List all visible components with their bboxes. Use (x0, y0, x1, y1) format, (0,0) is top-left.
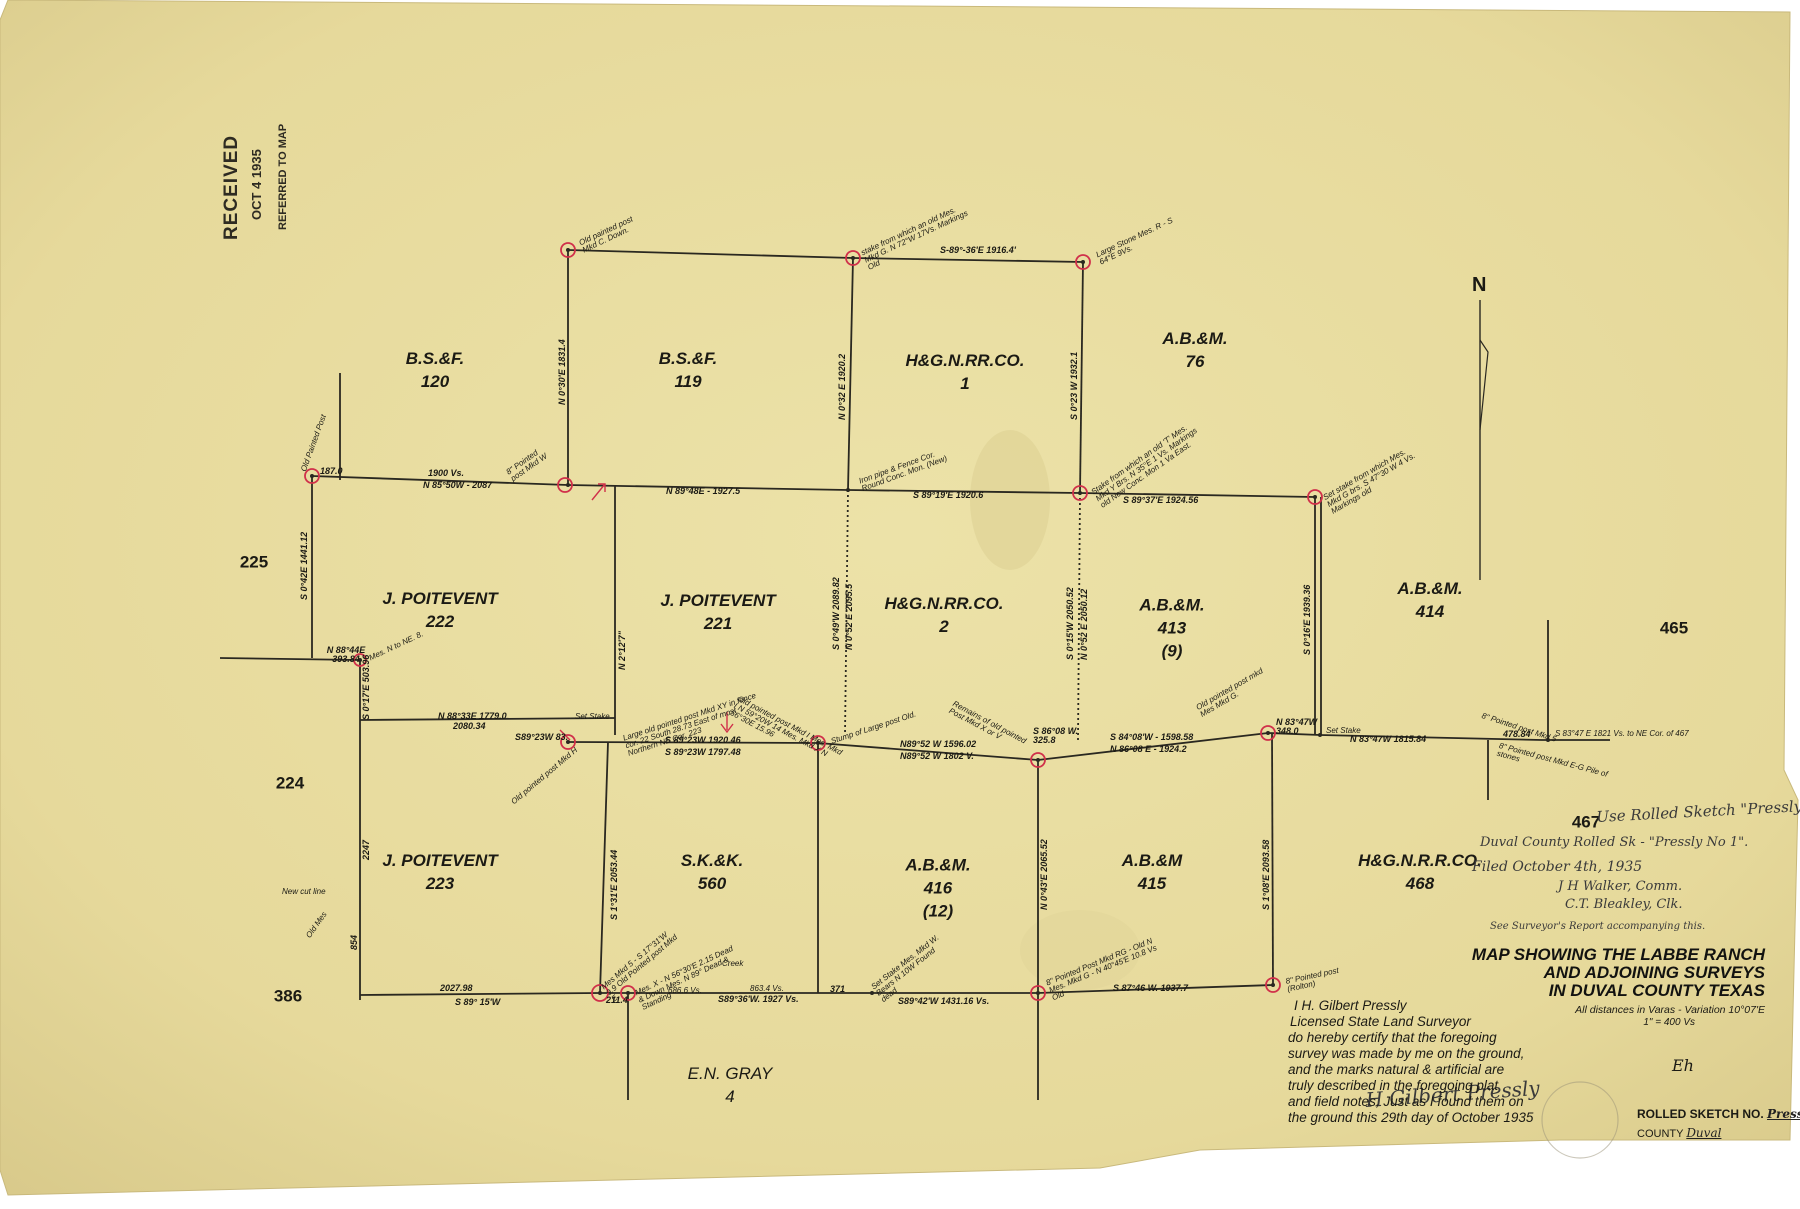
call-n89-52a: N89°52 W 1596.02 (900, 740, 976, 749)
call-s0-16: S 0°16'E 1939.36 (1303, 585, 1312, 655)
tract-gray-4: E.N. GRAY4 (688, 1065, 773, 1105)
north-label: N (1472, 275, 1486, 295)
call-n0-52b: N 0°52 E 2050.12 (1080, 589, 1089, 660)
call-s84-08: S 84°08'W - 1598.58 (1110, 733, 1193, 742)
call-n89-52b: N89°52 W 1802 V. (900, 752, 974, 761)
rolled-sketch-value: Pressly No 1A (1767, 1107, 1800, 1121)
call-s0-49: S 0°49'W 2089.82 (832, 577, 841, 650)
call-n2-12: N 2°12'7" (618, 631, 627, 670)
county-value: Duval (1686, 1126, 1721, 1140)
call-n0-52: N 0°52 E 2095.5 (845, 584, 854, 650)
call-s89-19: S 89°19'E 1920.6 (913, 491, 983, 500)
note-walker: J H Walker, Comm. (1558, 880, 1682, 893)
call-n88-33b: 2080.34 (453, 722, 486, 731)
tract-number-386: 386 (274, 988, 302, 1005)
call-s1-31: S 1°31'E 2053.44 (610, 850, 619, 920)
tract-number-225: 225 (240, 554, 268, 571)
call-s89-42: S89°42'W 1431.16 Vs. (898, 997, 989, 1006)
cert-line: truly described in the foregoing plat (1288, 1078, 1533, 1094)
tract-abm-413: A.B.&M.413(9) (1139, 597, 1204, 660)
received-date: OCT 4 1935 (250, 149, 263, 220)
tract-hgn-1: H&G.N.RR.CO.1 (906, 352, 1025, 392)
tract-abm-416: A.B.&M.416(12) (905, 857, 970, 920)
tract-abm-415: A.B.&M415 (1122, 852, 1182, 892)
call-n86-08: N 86°08 E - 1924.2 (1110, 745, 1187, 754)
call-n0-43: N 0°43'E 2065.52 (1040, 839, 1049, 910)
rolled-sketch-text: ROLLED SKETCH NO. (1637, 1107, 1764, 1121)
call-s0-42: S 0°42E 1441.12 (300, 532, 309, 600)
initials: Eh (1672, 1058, 1694, 1074)
county-text: COUNTY (1637, 1128, 1683, 1140)
tract-poitevent-223: J. POITEVENT223 (382, 852, 497, 892)
note-new-cut-line: New cut line (282, 888, 326, 896)
cert-line: I H. Gilbert Pressly (1288, 998, 1533, 1014)
tract-skk-560: S.K.&K.560 (681, 852, 743, 892)
call-371: 371 (830, 985, 845, 994)
tract-number-224: 224 (276, 775, 304, 792)
call-2027: 2027.98 (440, 984, 473, 993)
county-label: COUNTY Duval (1637, 1127, 1721, 1140)
call-s0-23: S 0°23 W 1932.1 (1070, 352, 1079, 420)
cert-line: and the marks natural & artificial are (1288, 1062, 1533, 1078)
call-s83-47: S 83°47 E 1821 Vs. to NE Cor. of 467 (1555, 730, 1689, 738)
note-see-report: See Surveyor's Report accompanying this. (1490, 922, 1705, 932)
call-s89-23c: S89°23W 83. (515, 733, 568, 742)
note-creek: Creek (722, 960, 743, 968)
title-line-1: MAP SHOWING THE LABBE RANCH (1460, 946, 1765, 964)
tract-abm-76: A.B.&M.76 (1162, 330, 1227, 370)
call-n83-47b: N 83°47W 1815.84 (1350, 735, 1426, 744)
tract-poitevent-222: J. POITEVENT222 (382, 590, 497, 630)
received-stamp: RECEIVED (222, 135, 241, 240)
call-n85: N 85°50W - 2087 (423, 481, 492, 490)
call-top-line: S-89°-36'E 1916.4' (940, 246, 1016, 255)
tract-bsf-120: B.S.&F.120 (406, 350, 465, 390)
call-s0-15: S 0°15'W 2050.52 (1066, 587, 1075, 660)
note-set-stake-1: Set Stake (575, 713, 610, 721)
cert-line: and field notes, Just as I found them on (1288, 1094, 1533, 1110)
tract-poitevent-221: J. POITEVENT221 (660, 592, 775, 632)
rolled-sketch-label: ROLLED SKETCH NO. Pressly No 1A (1637, 1108, 1800, 1120)
tract-abm-414: A.B.&M.414 (1397, 580, 1462, 620)
call-n0-30: N 0°30'E 1831.4 (558, 339, 567, 405)
cert-line: the ground this 29th day of October 1935 (1288, 1110, 1533, 1126)
call-854: 854 (350, 935, 359, 950)
tract-bsf-119: B.S.&F.119 (659, 350, 718, 390)
call-s89-23b: S 89°23W 1797.48 (665, 748, 741, 757)
call-s86-08: S 86°08 W. 325.8 (1033, 727, 1083, 745)
referred-to-map: REFERRED TO MAP (278, 124, 289, 230)
call-n88-33a: N 88°33E 1779.0 (438, 712, 507, 721)
call-s89-15: S 89° 15'W (455, 998, 500, 1007)
note-filed-date: Filed October 4th, 1935 (1472, 860, 1642, 874)
call-s87-46: S 87°46 W. 1937.7 (1113, 984, 1188, 993)
title-line-2: AND ADJOINING SURVEYS (1460, 964, 1765, 982)
call-n83-47a: N 83°47W 348.0 (1276, 718, 1326, 736)
note-duval-rolled: Duval County Rolled Sk - "Pressly No 1". (1480, 836, 1748, 849)
call-s1-08: S 1°08'E 2093.58 (1262, 840, 1271, 910)
call-2247: 2247 (362, 840, 371, 860)
call-187: 187.0 (320, 467, 343, 476)
note-set-stake-2: Set Stake (1326, 727, 1361, 735)
call-n0-32: N 0°32 E 1920.2 (838, 354, 847, 420)
note-clerk: C.T. Bleakley, Clk. (1565, 898, 1683, 911)
call-s89-37: S 89°37'E 1924.56 (1123, 496, 1198, 505)
map-title: MAP SHOWING THE LABBE RANCH AND ADJOININ… (1460, 946, 1765, 1000)
cert-line: Licensed State Land Surveyor (1288, 1014, 1533, 1030)
cert-line: do hereby certify that the foregoing (1288, 1030, 1533, 1046)
call-n89-48: N 89°48E - 1927.5 (666, 487, 740, 496)
call-s89-36: S89°36'W. 1927 Vs. (718, 995, 799, 1004)
call-s0-17: S 0°17'E 503.96 (362, 655, 371, 720)
tract-hgn-468: H&G.N.R.R.CO.468 (1358, 852, 1482, 892)
surveyor-certificate: I H. Gilbert Pressly Licensed State Land… (1288, 998, 1533, 1126)
cert-line: survey was made by me on the ground, (1288, 1046, 1533, 1062)
tract-number-465: 465 (1660, 620, 1688, 637)
call-863: 863.4 Vs. (750, 985, 784, 993)
tract-hgn-2: H&G.N.RR.CO.2 (885, 595, 1004, 635)
call-1900: 1900 Vs. (428, 469, 464, 478)
